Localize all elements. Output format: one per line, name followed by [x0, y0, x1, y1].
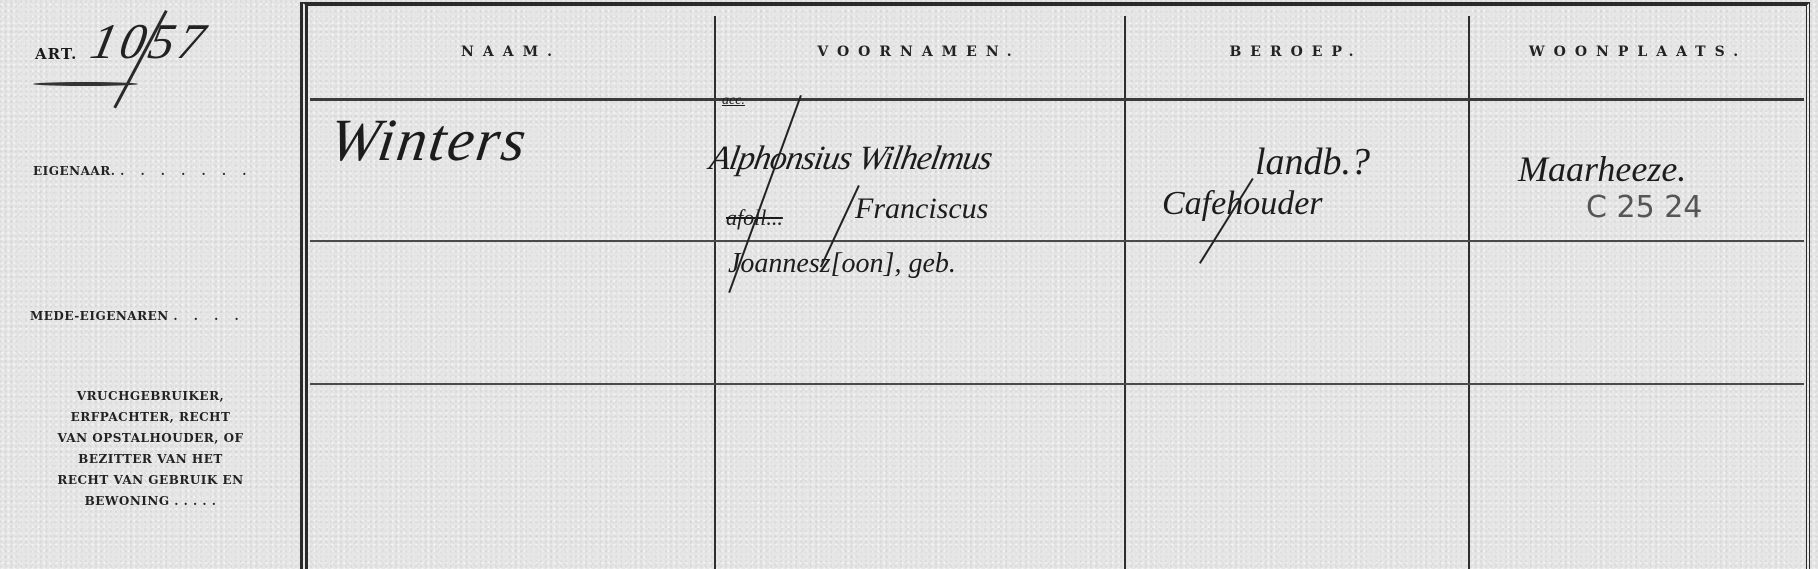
column-header-naam: NAAM.	[308, 44, 714, 60]
column-header-beroep: BEROEP.	[1124, 44, 1468, 60]
cell-woonplaats-line1: Maarheeze.	[1518, 148, 1686, 190]
column-header-voornamen: VOORNAMEN.	[714, 44, 1124, 60]
vrucht-line: BEZITTER VAN HET	[18, 449, 283, 470]
row-label-eigenaar: EIGENAAR. . . . . . . .	[33, 164, 252, 178]
eigenaar-text: EIGENAAR.	[33, 164, 115, 178]
header-rule	[310, 98, 1804, 101]
row-rule	[310, 240, 1804, 242]
cell-woonplaats-line2: C 25 24	[1586, 190, 1702, 225]
row-label-vruchtgebruiker: VRUCHGEBRUIKER, ERFPACHTER, RECHT VAN OP…	[18, 386, 283, 512]
cell-voornamen-line3: Joannesz[oon], geb.	[728, 248, 956, 280]
cell-beroep-line2: Cafehouder	[1162, 185, 1323, 223]
vrucht-line: BEWONING . . . . .	[18, 491, 283, 512]
eigenaar-dots: . . . . . . .	[120, 164, 252, 178]
vrucht-line: ERFPACHTER, RECHT	[18, 407, 283, 428]
ledger-table: NAAM. VOORNAMEN. BEROEP. WOONPLAATS.	[300, 2, 1810, 569]
cell-voornamen-line1: Alphonsius Wilhelmus	[707, 140, 995, 178]
cell-voornamen-note: acc.	[722, 93, 745, 109]
column-header-woonplaats: WOONPLAATS.	[1468, 44, 1808, 60]
cell-voornamen-line2: Franciscus	[855, 192, 988, 226]
vrucht-line: RECHT VAN GEBRUIK EN	[18, 470, 283, 491]
row-rule	[310, 383, 1804, 385]
row-label-mede-eigenaren: MEDE-EIGENAREN . . . .	[30, 309, 245, 323]
art-label: ART.	[35, 45, 77, 63]
cell-naam: Winters	[325, 106, 532, 175]
cell-beroep-line1: landb.?	[1255, 140, 1370, 184]
vrucht-line: VAN OPSTALHOUDER, OF	[18, 428, 283, 449]
art-underline	[33, 82, 138, 86]
mede-eigenaren-text: MEDE-EIGENAREN	[30, 309, 169, 323]
vrucht-line: VRUCHGEBRUIKER,	[18, 386, 283, 407]
mede-dots: . . . .	[173, 309, 244, 323]
